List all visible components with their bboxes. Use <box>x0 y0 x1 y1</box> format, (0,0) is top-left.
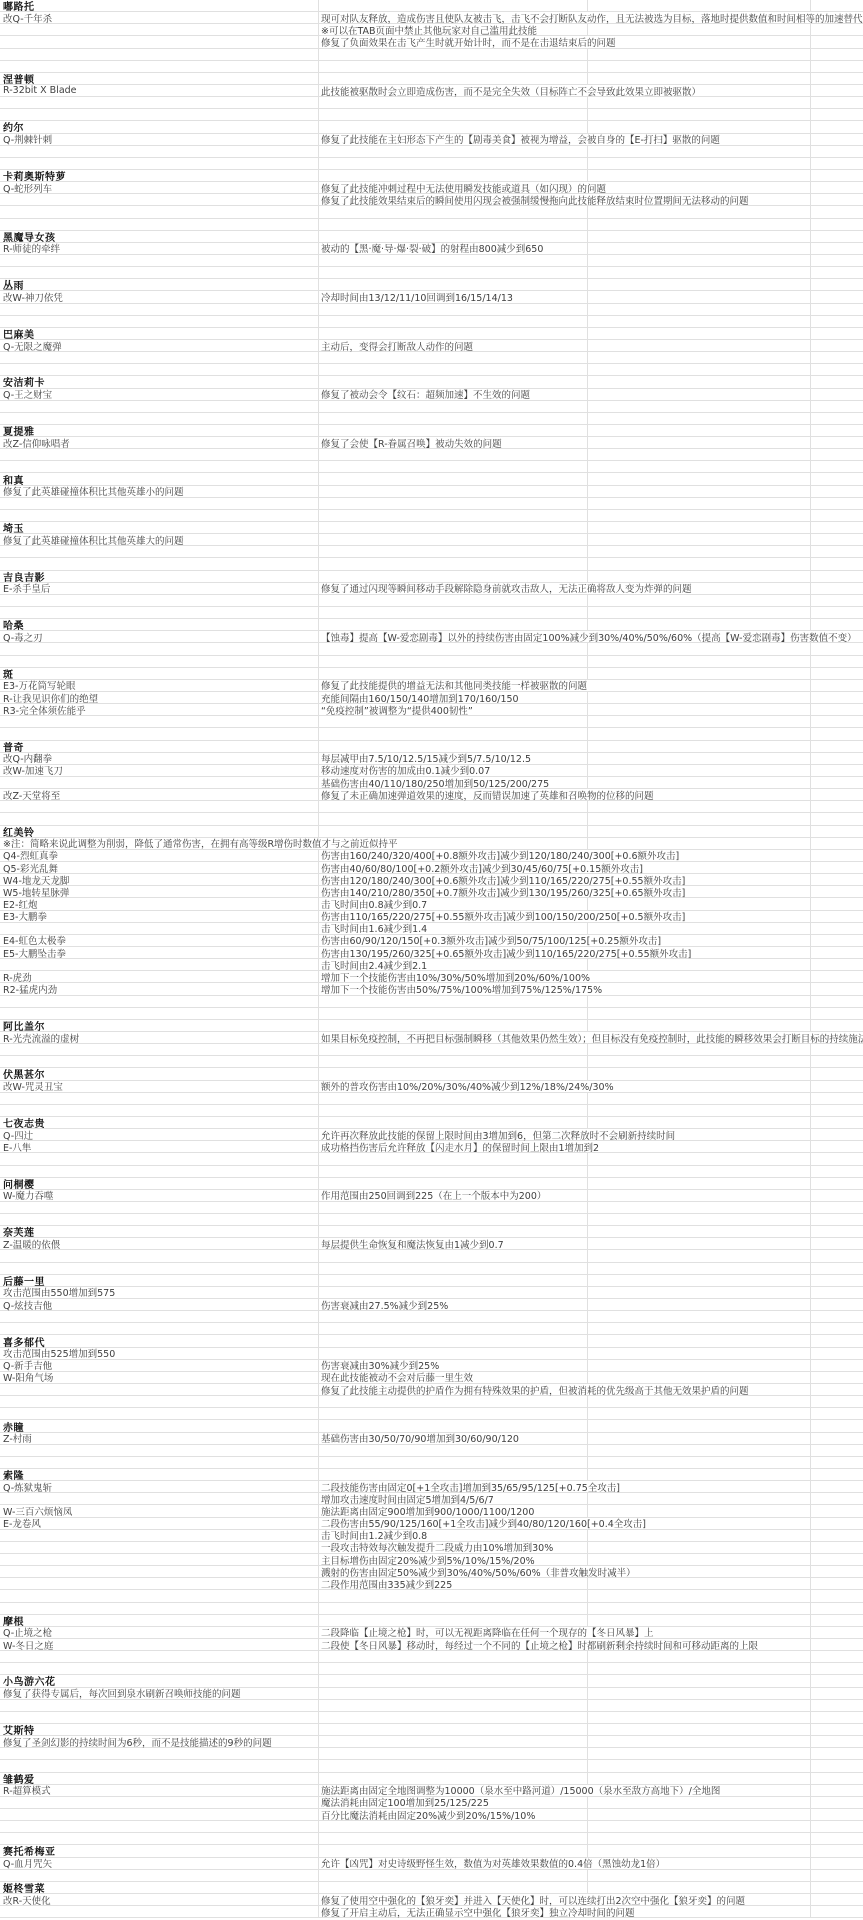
column-gridline <box>318 1178 319 1189</box>
column-gridline <box>587 826 588 837</box>
blank-row <box>0 1760 863 1772</box>
column-gridline <box>587 121 588 132</box>
skill-change-row: 修复了负面效果在击飞产生时就开始计时，而不是在击退结束后的问题 <box>0 36 863 48</box>
column-gridline <box>587 1845 588 1856</box>
change-desc: 增加攻击速度时间由固定5增加到4/5/6/7 <box>321 1493 499 1504</box>
change-desc: 基础伤害由40/110/180/250增加到50/125/200/275 <box>321 777 554 788</box>
skill-change-row: 二段作用范围由335减少到225 <box>0 1578 863 1590</box>
column-gridline <box>318 1566 319 1577</box>
column-gridline <box>318 716 319 727</box>
column-gridline <box>318 534 319 545</box>
skill-change-row: 改Z-天堂将至修复了未正确加速弹道效果的速度，反而错误加速了英雄和召唤物的位移的… <box>0 789 863 801</box>
column-gridline <box>318 1845 319 1856</box>
blank-row <box>0 1590 863 1602</box>
change-desc: 移动速度对伤害的加成由0.1减少到0.07 <box>321 765 495 776</box>
column-gridline <box>587 1420 588 1431</box>
skill-name: Q-王之财宝 <box>3 389 57 400</box>
column-gridline <box>810 1773 811 1784</box>
column-gridline <box>318 121 319 132</box>
column-gridline <box>810 328 811 339</box>
hero-name: 安洁莉卡 <box>3 376 50 387</box>
skill-name: 攻击范围由550增加到575 <box>3 1287 120 1298</box>
skill-change-row: 改W-神刀依凭冷却时间由13/12/11/10回调到16/15/14/13 <box>0 291 863 303</box>
column-gridline <box>810 1894 811 1905</box>
column-gridline <box>810 61 811 72</box>
skill-change-row: 修复了此技能效果结束后的瞬间使用闪现会被强制缓慢拖向此技能释放结束时位置期间无法… <box>0 194 863 206</box>
hero-name: 喜多郁代 <box>3 1335 50 1346</box>
column-gridline <box>810 813 811 824</box>
skill-change-row: R3-完全体须佐能乎“免疫控制”被调整为“提供400韧性” <box>0 704 863 716</box>
column-gridline <box>810 534 811 545</box>
column-gridline <box>587 291 588 302</box>
column-gridline <box>810 1408 811 1419</box>
column-gridline <box>587 1748 588 1759</box>
column-gridline <box>318 1311 319 1322</box>
hero-name: 巴麻美 <box>3 328 40 339</box>
change-desc: 修复了开启主动后，无法正确显示空中强化【狼牙奕】独立冷却时间的问题 <box>321 1906 640 1917</box>
column-gridline <box>810 692 811 703</box>
column-gridline <box>810 291 811 302</box>
column-gridline <box>810 595 811 606</box>
blank-row <box>0 728 863 740</box>
column-gridline <box>318 1700 319 1711</box>
change-desc: 如果目标免疫控制，不再把目标强制瞬移（其他效果仍然生效）；但目标没有免疫控制时，… <box>321 1032 863 1043</box>
skill-name: 改Z-天堂将至 <box>3 789 65 800</box>
column-gridline <box>810 741 811 752</box>
change-desc: 二段使【冬日风暴】移动时，每经过一个不同的【止境之枪】时都刷新剩余持续时间和可移… <box>321 1639 763 1650</box>
skill-name: 修复了获得专属后，每次回到泉水刷新召唤师技能的问题 <box>3 1688 246 1699</box>
skill-name: Q-无限之魔弹 <box>3 340 67 351</box>
column-gridline <box>810 874 811 885</box>
column-gridline <box>318 898 319 909</box>
column-gridline <box>318 1785 319 1796</box>
column-gridline <box>810 607 811 618</box>
column-gridline <box>587 328 588 339</box>
skill-change-row: Z-温暖的依偎每层提供生命恢复和魔法恢复由1减少到0.7 <box>0 1238 863 1250</box>
skill-name: Q-毒之刃 <box>3 631 48 642</box>
column-gridline <box>810 376 811 387</box>
column-gridline <box>810 1675 811 1686</box>
column-gridline <box>587 1724 588 1735</box>
column-gridline <box>810 728 811 739</box>
column-gridline <box>318 1056 319 1067</box>
column-gridline <box>810 971 811 982</box>
column-gridline <box>318 850 319 861</box>
skill-name: E3-大鹏拳 <box>3 911 52 922</box>
column-gridline <box>810 862 811 873</box>
column-gridline <box>587 1457 588 1468</box>
change-desc: 伤害由160/240/320/400[+0.8额外攻击]减少到120/180/2… <box>321 850 684 861</box>
column-gridline <box>318 1760 319 1771</box>
column-gridline <box>810 1797 811 1808</box>
skill-name: E4-虹色太极拳 <box>3 935 71 946</box>
change-desc: 二段伤害由55/90/125/160[+1全攻击]减少到40/80/120/16… <box>321 1518 651 1529</box>
change-desc: 溅射的伤害由固定50%减少到30%/40%/50%/60%（非普攻触发时减半） <box>321 1566 641 1577</box>
blank-row <box>0 1044 863 1056</box>
column-gridline <box>810 777 811 788</box>
column-gridline <box>587 1263 588 1274</box>
column-gridline <box>587 534 588 545</box>
column-gridline <box>318 571 319 582</box>
column-gridline <box>318 85 319 96</box>
column-gridline <box>810 97 811 108</box>
column-gridline <box>318 1724 319 1735</box>
column-gridline <box>587 558 588 569</box>
column-gridline <box>318 510 319 521</box>
blank-row <box>0 461 863 473</box>
column-gridline <box>587 1020 588 1031</box>
column-gridline <box>587 1505 588 1516</box>
column-gridline <box>587 24 588 35</box>
column-gridline <box>810 1166 811 1177</box>
column-gridline <box>810 1008 811 1019</box>
column-gridline <box>587 668 588 679</box>
skill-change-row: Q-王之财宝修复了被动会令【纹石：超频加速】不生效的问题 <box>0 389 863 401</box>
blank-row <box>0 109 863 121</box>
column-gridline <box>810 1323 811 1334</box>
column-gridline <box>810 522 811 533</box>
column-gridline <box>587 1214 588 1225</box>
column-gridline <box>810 1858 811 1869</box>
column-gridline <box>810 1311 811 1322</box>
column-gridline <box>318 158 319 169</box>
column-gridline <box>810 352 811 363</box>
column-gridline <box>810 170 811 181</box>
column-gridline <box>587 1675 588 1686</box>
blank-row <box>0 656 863 668</box>
column-gridline <box>810 498 811 509</box>
column-gridline <box>318 1615 319 1626</box>
skill-name: Q-新手吉他 <box>3 1360 57 1371</box>
column-gridline <box>318 607 319 618</box>
column-gridline <box>318 376 319 387</box>
column-gridline <box>810 1372 811 1383</box>
column-gridline <box>587 619 588 630</box>
blank-row <box>0 498 863 510</box>
column-gridline <box>318 692 319 703</box>
column-gridline <box>810 1056 811 1067</box>
column-gridline <box>318 1773 319 1784</box>
column-gridline <box>318 1263 319 1274</box>
skill-change-row: R2-猛虎内劲增加下一个技能伤害由50%/75%/100%增加到75%/125%… <box>0 983 863 995</box>
hero-name: 嘟路托 <box>3 0 40 11</box>
column-gridline <box>810 36 811 47</box>
skill-name: R-光壳流溢的虚树 <box>3 1032 84 1043</box>
column-gridline <box>587 801 588 812</box>
column-gridline <box>318 243 319 254</box>
column-gridline <box>318 340 319 351</box>
column-gridline <box>810 1093 811 1104</box>
column-gridline <box>587 73 588 84</box>
skill-change-row: Q-毒之刃【蚀毒】提高【W-爱恋剧毒】以外的持续伤害由固定100%减少到30%/… <box>0 631 863 643</box>
skill-name: 改W-神刀依凭 <box>3 291 68 302</box>
column-gridline <box>587 449 588 460</box>
column-gridline <box>318 413 319 424</box>
blank-row <box>0 1445 863 1457</box>
hero-name: 阿比盖尔 <box>3 1020 50 1031</box>
column-gridline <box>318 741 319 752</box>
column-gridline <box>587 206 588 217</box>
blank-row <box>0 1712 863 1724</box>
skill-change-row: W-魔力吞噬作用范围由250回调到225（在上一个版本中为200） <box>0 1190 863 1202</box>
column-gridline <box>318 146 319 157</box>
column-gridline <box>318 1323 319 1334</box>
column-gridline <box>587 571 588 582</box>
column-gridline <box>810 923 811 934</box>
column-gridline <box>587 231 588 242</box>
column-gridline <box>810 1335 811 1346</box>
column-gridline <box>318 935 319 946</box>
hero-name: 后藤一里 <box>3 1275 50 1286</box>
column-gridline <box>318 1542 319 1553</box>
column-gridline <box>810 1202 811 1213</box>
blank-row <box>0 219 863 231</box>
column-gridline <box>810 1044 811 1055</box>
column-gridline <box>318 1554 319 1565</box>
column-gridline <box>587 1590 588 1601</box>
column-gridline <box>810 1105 811 1116</box>
skill-name: W-阳角气场 <box>3 1372 58 1383</box>
column-gridline <box>810 789 811 800</box>
skill-name: E-杀手皇后 <box>3 583 55 594</box>
column-gridline <box>810 1469 811 1480</box>
column-gridline <box>587 1445 588 1456</box>
hero-name: 丛雨 <box>3 279 29 290</box>
column-gridline <box>318 1518 319 1529</box>
column-gridline <box>587 1153 588 1164</box>
skill-name: Q-炫技吉他 <box>3 1299 57 1310</box>
blank-row <box>0 1166 863 1178</box>
hero-name: 卡莉奥斯特萝 <box>3 170 71 181</box>
column-gridline <box>318 874 319 885</box>
column-gridline <box>318 777 319 788</box>
hero-name: 艾斯特 <box>3 1724 40 1735</box>
column-gridline <box>587 1068 588 1079</box>
change-desc: 伤害由60/90/120/150[+0.3额外攻击]减少到50/75/100/1… <box>321 935 666 946</box>
column-gridline <box>318 1420 319 1431</box>
column-gridline <box>587 704 588 715</box>
column-gridline <box>810 279 811 290</box>
column-gridline <box>587 61 588 72</box>
column-gridline <box>810 1748 811 1759</box>
skill-change-row: E-龙卷风二段伤害由55/90/125/160[+1全攻击]减少到40/80/1… <box>0 1518 863 1530</box>
hero-name: 斑 <box>3 668 19 679</box>
change-desc: 二段降临【止境之枪】时，可以无视距离降临在任何一个现存的【冬日风暴】上 <box>321 1627 659 1638</box>
blank-row <box>0 49 863 61</box>
column-gridline <box>587 498 588 509</box>
change-desc: 现可对队友释放，造成伤害且使队友被击飞，击飞不会打断队友动作，且无法被选为目标，… <box>321 12 863 23</box>
column-gridline <box>318 1275 319 1286</box>
skill-change-row: 百分比魔法消耗由固定20%减少到20%/15%/10% <box>0 1809 863 1821</box>
column-gridline <box>318 24 319 35</box>
column-gridline <box>318 1020 319 1031</box>
skill-change-row: Q-炫技吉他伤害衰减由27.5%减少到25% <box>0 1299 863 1311</box>
change-desc: 伤害由130/195/260/325[+0.65额外攻击]减少到110/165/… <box>321 947 696 958</box>
column-gridline <box>318 619 319 630</box>
column-gridline <box>810 1615 811 1626</box>
column-gridline <box>587 1542 588 1553</box>
column-gridline <box>810 73 811 84</box>
skill-name: 改W-咒灵丑宝 <box>3 1081 68 1092</box>
change-desc: 施法距离由固定900增加到900/1000/1100/1200 <box>321 1505 539 1516</box>
column-gridline <box>318 1287 319 1298</box>
column-gridline <box>810 571 811 582</box>
column-gridline <box>587 437 588 448</box>
column-gridline <box>318 1445 319 1456</box>
skill-change-row: R-光壳流溢的虚树如果目标免疫控制，不再把目标强制瞬移（其他效果仍然生效）；但目… <box>0 1032 863 1044</box>
column-gridline <box>810 1348 811 1359</box>
blank-row <box>0 1093 863 1105</box>
change-desc: 一段攻击特效每次触发提升二段威力由10%增加到30% <box>321 1542 558 1553</box>
column-gridline <box>318 947 319 958</box>
skill-name: Q-炼狱鬼斩 <box>3 1481 57 1492</box>
skill-name: R2-猛虎内劲 <box>3 983 62 994</box>
column-gridline <box>810 486 811 497</box>
column-gridline <box>318 170 319 181</box>
column-gridline <box>318 1348 319 1359</box>
hero-header-row: 后藤一里 <box>0 1275 863 1287</box>
skill-change-row: R-师徒的牵绊被动的【黑·魔·导·爆·裂·破】的射程由800减少到650 <box>0 243 863 255</box>
blank-row <box>0 1408 863 1420</box>
column-gridline <box>810 1238 811 1249</box>
column-gridline <box>587 1372 588 1383</box>
column-gridline <box>318 643 319 654</box>
blank-row <box>0 1323 863 1335</box>
column-gridline <box>810 704 811 715</box>
column-gridline <box>810 1736 811 1747</box>
column-gridline <box>318 1627 319 1638</box>
column-gridline <box>810 1117 811 1128</box>
column-gridline <box>587 1093 588 1104</box>
column-gridline <box>587 158 588 169</box>
column-gridline <box>318 1226 319 1237</box>
column-gridline <box>810 1845 811 1856</box>
column-gridline <box>318 449 319 460</box>
column-gridline <box>318 1384 319 1395</box>
skill-name: Z-村雨 <box>3 1433 37 1444</box>
column-gridline <box>810 1263 811 1274</box>
column-gridline <box>810 1457 811 1468</box>
column-gridline <box>810 1505 811 1516</box>
change-desc: 现在此技能被动不会对后藤一里生效 <box>321 1372 478 1383</box>
column-gridline <box>318 97 319 108</box>
column-gridline <box>318 886 319 897</box>
column-gridline <box>318 1093 319 1104</box>
column-gridline <box>318 1858 319 1869</box>
blank-row <box>0 1748 863 1760</box>
column-gridline <box>318 959 319 970</box>
column-gridline <box>587 1882 588 1893</box>
column-gridline <box>587 486 588 497</box>
column-gridline <box>318 826 319 837</box>
column-gridline <box>318 1797 319 1808</box>
column-gridline <box>318 328 319 339</box>
blank-row <box>0 1870 863 1882</box>
column-gridline <box>810 449 811 460</box>
column-gridline <box>318 801 319 812</box>
column-gridline <box>318 668 319 679</box>
change-desc: 修复了负面效果在击飞产生时就开始计时，而不是在击退结束后的问题 <box>321 36 621 47</box>
column-gridline <box>587 1056 588 1067</box>
blank-row <box>0 1202 863 1214</box>
change-desc: 施法距离由固定全地图调整为10000（泉水至中路河道）/15000（泉水至敌方高… <box>321 1785 725 1796</box>
blank-row <box>0 267 863 279</box>
column-gridline <box>318 401 319 412</box>
column-gridline <box>587 1712 588 1723</box>
change-desc: 修复了此技能效果结束后的瞬间使用闪现会被强制缓慢拖向此技能释放结束时位置期间无法… <box>321 194 754 205</box>
column-gridline <box>318 255 319 266</box>
column-gridline <box>318 291 319 302</box>
column-gridline <box>587 1603 588 1614</box>
skill-name: 修复了此英雄碰撞体积比其他英雄小的问题 <box>3 486 189 497</box>
skill-change-row: E3-大鹏拳伤害由110/165/220/275[+0.55额外攻击]减少到10… <box>0 911 863 923</box>
column-gridline <box>318 73 319 84</box>
column-gridline <box>587 522 588 533</box>
column-gridline <box>318 1008 319 1019</box>
column-gridline <box>810 1433 811 1444</box>
column-gridline <box>810 1214 811 1225</box>
column-gridline <box>318 231 319 242</box>
column-gridline <box>587 546 588 557</box>
column-gridline <box>318 1736 319 1747</box>
column-gridline <box>587 753 588 764</box>
column-gridline <box>810 473 811 484</box>
change-desc: 修复了会使【R-眷属召唤】被动失效的问题 <box>321 437 507 448</box>
column-gridline <box>587 316 588 327</box>
column-gridline <box>318 304 319 315</box>
column-gridline <box>810 1882 811 1893</box>
blank-row <box>0 1008 863 1020</box>
column-gridline <box>810 1081 811 1092</box>
blank-row <box>0 1056 863 1068</box>
column-gridline <box>810 838 811 849</box>
column-gridline <box>810 1141 811 1152</box>
column-gridline <box>587 461 588 472</box>
column-gridline <box>587 1238 588 1249</box>
column-gridline <box>810 1396 811 1407</box>
column-gridline <box>810 1578 811 1589</box>
column-gridline <box>587 376 588 387</box>
skill-change-row: 改W-咒灵丑宝额外的普攻伤害由10%/20%/30%/40%减少到12%/18%… <box>0 1081 863 1093</box>
hero-name: 小鸟游六花 <box>3 1675 61 1686</box>
change-desc: 修复了此技能在主妇形态下产生的【剧毒美食】被视为增益，会被自身的【E-打扫】驱散… <box>321 134 725 145</box>
patch-notes-sheet: 嘟路托改Q-千年杀现可对队友释放，造成伤害且使队友被击飞，击飞不会打断队友动作，… <box>0 0 863 1920</box>
change-desc: 额外的普攻伤害由10%/20%/30%/40%减少到12%/18%/24%/30… <box>321 1081 619 1092</box>
column-gridline <box>810 219 811 230</box>
column-gridline <box>318 1202 319 1213</box>
column-gridline <box>587 389 588 400</box>
column-gridline <box>587 1044 588 1055</box>
column-gridline <box>318 765 319 776</box>
column-gridline <box>318 1153 319 1164</box>
skill-name: ※注：简略来说此调整为削弱，降低了通常伤害，在拥有高等级R增伤时数值才与之前近似… <box>3 838 403 849</box>
change-desc: 充能间隔由160/150/140增加到170/160/150 <box>321 692 524 703</box>
skill-name: E-龙卷风 <box>3 1518 46 1529</box>
column-gridline <box>587 1396 588 1407</box>
column-gridline <box>810 935 811 946</box>
change-desc: 修复了未正确加速弹道效果的速度，反而错误加速了英雄和召唤物的位移的问题 <box>321 789 659 800</box>
column-gridline <box>810 1178 811 1189</box>
column-gridline <box>810 1700 811 1711</box>
column-gridline <box>810 461 811 472</box>
column-gridline <box>810 1129 811 1140</box>
column-gridline <box>587 1360 588 1371</box>
change-desc: 击飞时间由1.6减少到1.4 <box>321 923 432 934</box>
column-gridline <box>587 656 588 667</box>
skill-name: 改R-天使化 <box>3 1894 56 1905</box>
column-gridline <box>587 146 588 157</box>
column-gridline <box>318 583 319 594</box>
